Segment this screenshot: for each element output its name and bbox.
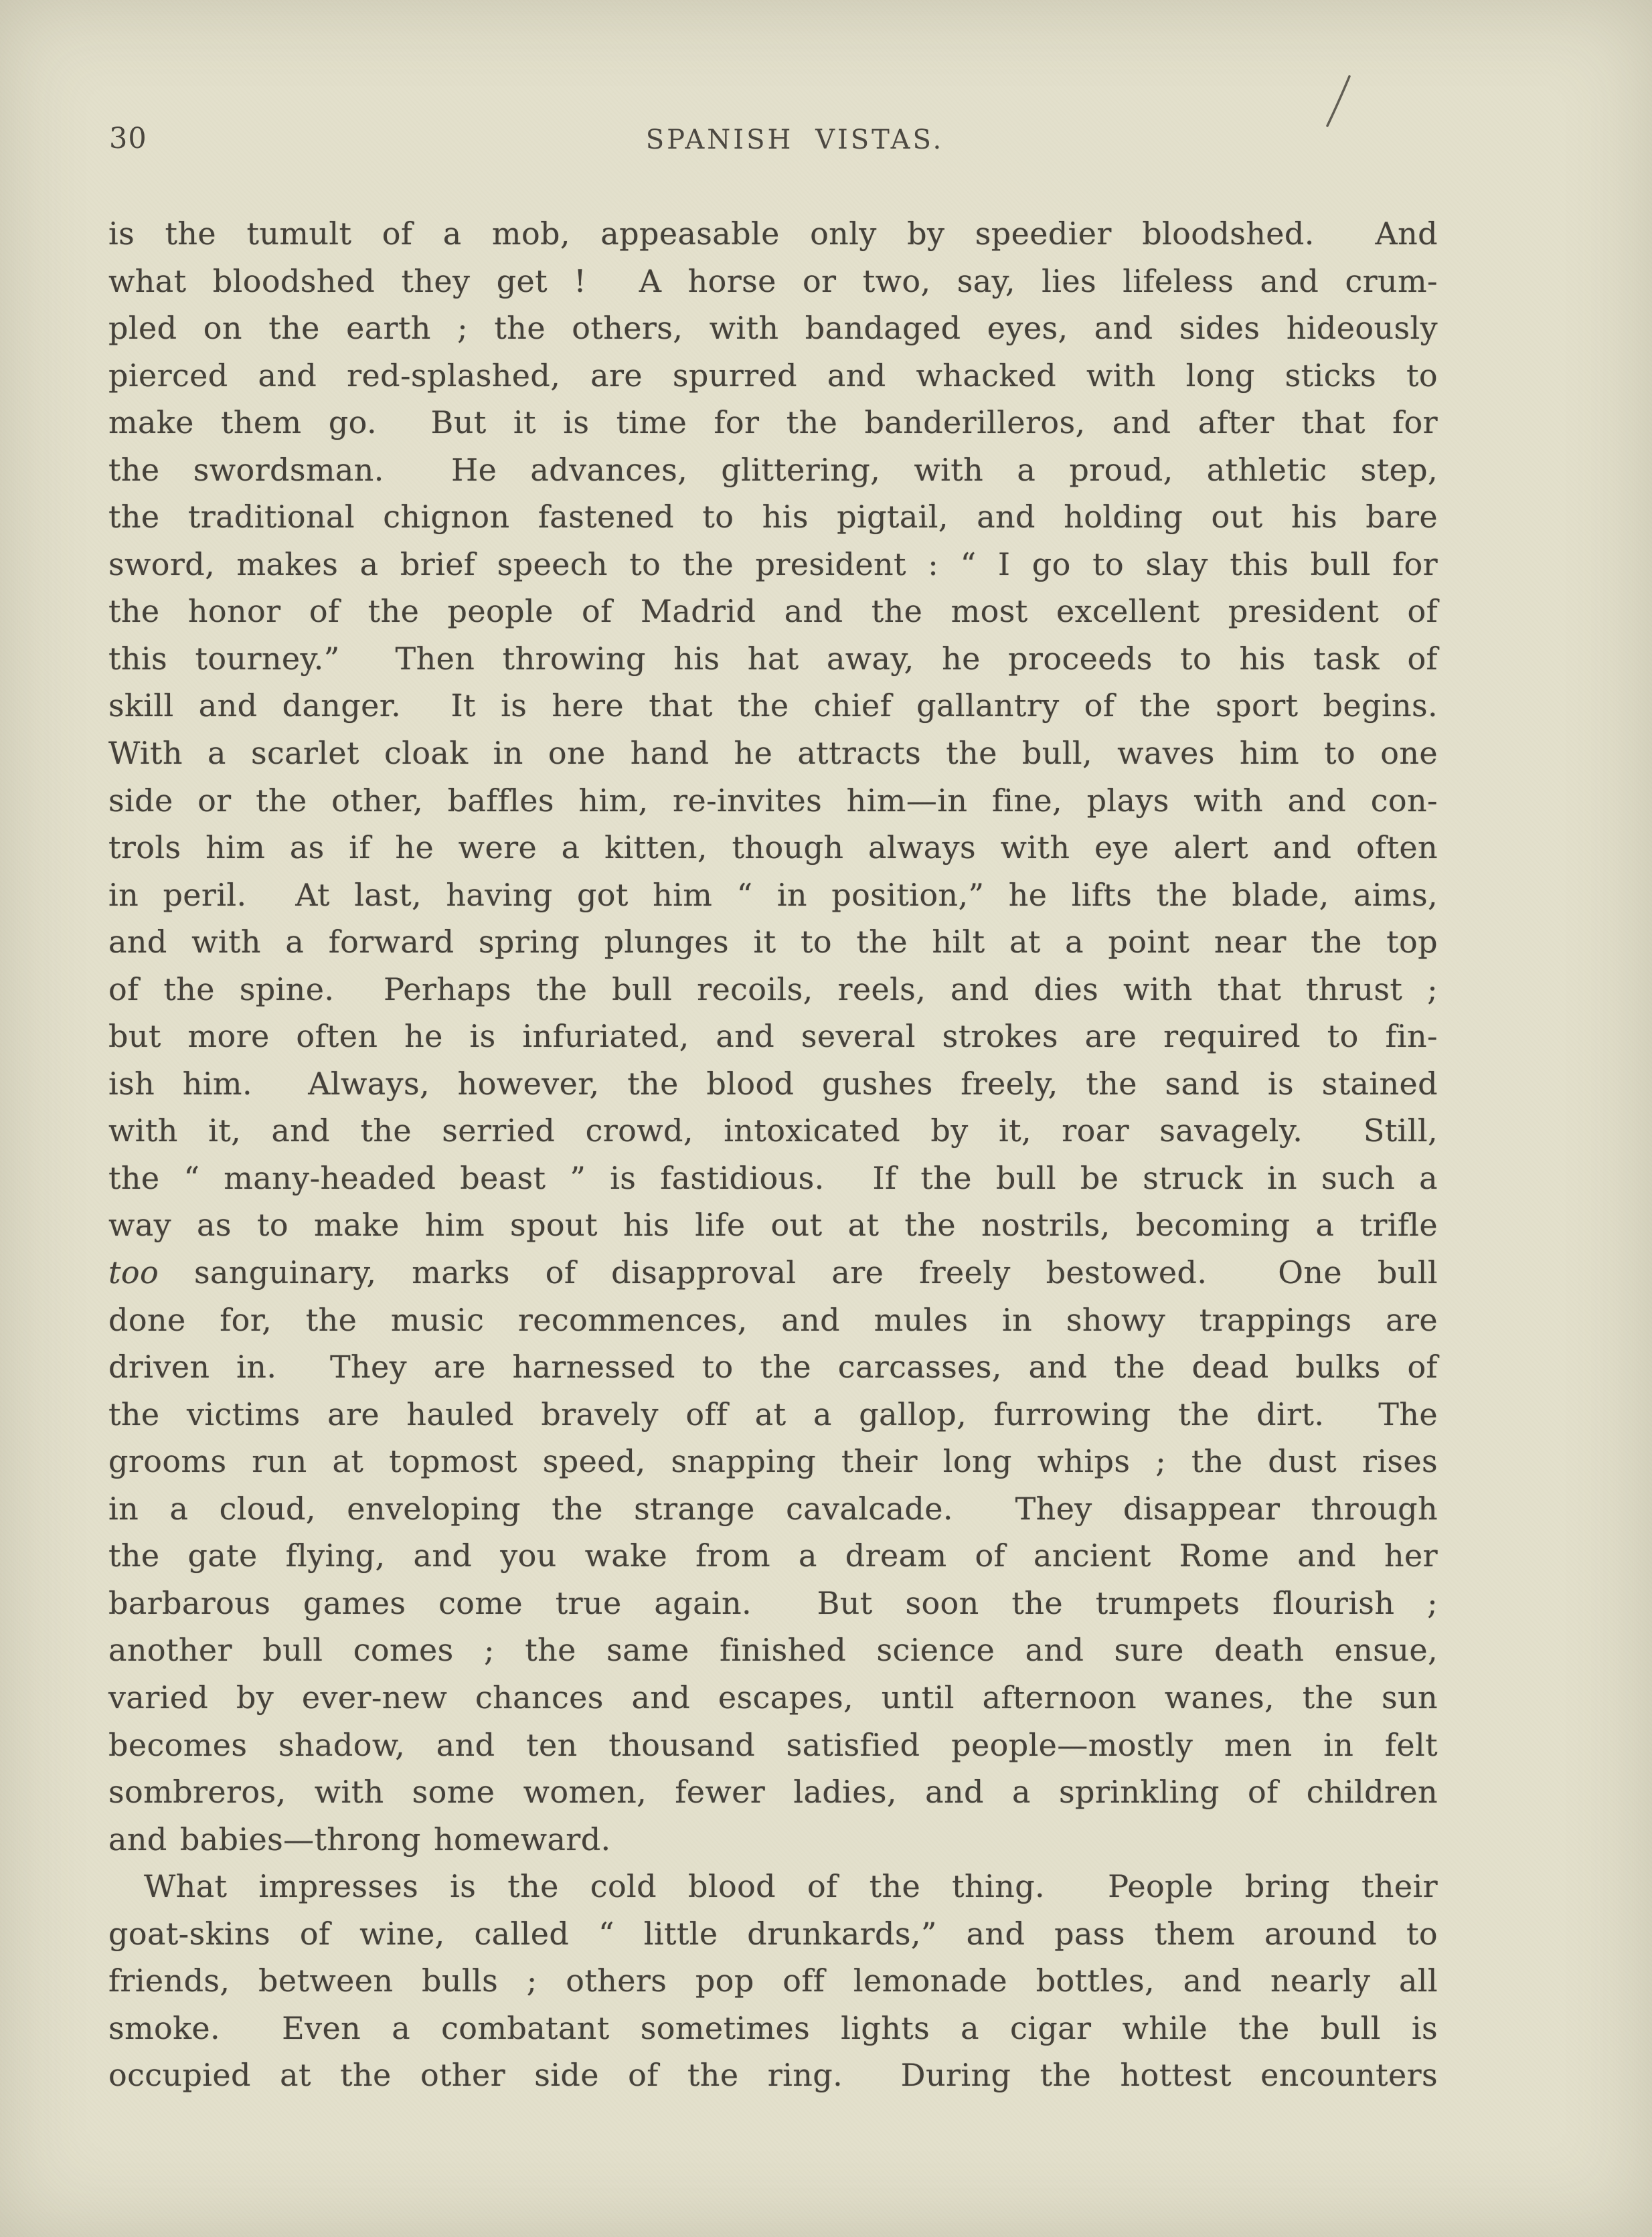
text-line: this tourney.” Then throwing his hat awa… — [108, 635, 1438, 683]
text-segment: sanguinary, marks of disapproval are fre… — [159, 1254, 1438, 1291]
text-segment: done for, the music recommences, and mul… — [108, 1302, 1438, 1338]
text-line: the gate flying, and you wake from a dre… — [108, 1532, 1438, 1580]
text-segment: friends, between bulls ; others pop off … — [108, 1963, 1438, 1999]
text-line: varied by ever-new chances and escapes, … — [108, 1674, 1438, 1722]
text-segment: the gate flying, and you wake from a dre… — [108, 1538, 1438, 1574]
text-segment: the victims are hauled bravely off at a … — [108, 1396, 1438, 1432]
text-segment: skill and danger. It is here that the ch… — [108, 687, 1438, 724]
text-segment: way as to make him spout his life out at… — [108, 1207, 1438, 1243]
text-line: make them go. But it is time for the ban… — [108, 399, 1438, 446]
text-segment: in a cloud, enveloping the strange caval… — [108, 1491, 1438, 1527]
text-segment: side or the other, baffles him, re-invit… — [108, 782, 1438, 819]
text-line: is the tumult of a mob, appeasable only … — [108, 210, 1438, 258]
text-segment: what bloodshed they get ! A horse or two… — [108, 263, 1438, 299]
text-segment: the traditional chignon fastened to his … — [108, 499, 1438, 535]
text-line: the victims are hauled bravely off at a … — [108, 1391, 1438, 1438]
text-segment: this tourney.” Then throwing his hat awa… — [108, 641, 1438, 677]
text-line: barbarous games come true again. But soo… — [108, 1580, 1438, 1627]
text-segment: smoke. Even a combatant sometimes lights… — [108, 2010, 1438, 2046]
text-line: but more often he is infuriated, and sev… — [108, 1013, 1438, 1060]
text-line: of the spine. Perhaps the bull recoils, … — [108, 966, 1438, 1013]
text-line: the “ many-headed beast ” is fastidious.… — [108, 1155, 1438, 1202]
text-line: ish him. Always, however, the blood gush… — [108, 1060, 1438, 1108]
text-line: and with a forward spring plunges it to … — [108, 918, 1438, 966]
text-segment: the swordsman. He advances, glittering, … — [108, 452, 1438, 488]
text-segment: varied by ever-new chances and escapes, … — [108, 1679, 1438, 1716]
text-segment: grooms run at topmost speed, snapping th… — [108, 1443, 1438, 1479]
text-segment: trols him as if he were a kitten, though… — [108, 829, 1438, 865]
text-line: way as to make him spout his life out at… — [108, 1202, 1438, 1249]
text-segment: barbarous games come true again. But soo… — [108, 1585, 1438, 1621]
text-segment: make them go. But it is time for the ban… — [108, 404, 1438, 440]
text-segment: in peril. At last, having got him “ in p… — [108, 877, 1438, 913]
text-segment: another bull comes ; the same finished s… — [108, 1632, 1438, 1668]
text-line: trols him as if he were a kitten, though… — [108, 824, 1438, 872]
text-line: sombreros, with some women, fewer ladies… — [108, 1768, 1438, 1816]
text-segment: goat-skins of wine, called “ little drun… — [108, 1916, 1438, 1952]
body-text: is the tumult of a mob, appeasable only … — [108, 210, 1438, 2099]
text-line: the traditional chignon fastened to his … — [108, 493, 1438, 541]
text-segment: driven in. They are harnessed to the car… — [108, 1349, 1438, 1385]
text-line: in peril. At last, having got him “ in p… — [108, 872, 1438, 919]
text-segment: and with a forward spring plunges it to … — [108, 924, 1438, 960]
text-line: done for, the music recommences, and mul… — [108, 1297, 1438, 1344]
text-line: side or the other, baffles him, re-invit… — [108, 777, 1438, 825]
text-line: What impresses is the cold blood of the … — [108, 1863, 1438, 1910]
text-line: skill and danger. It is here that the ch… — [108, 682, 1438, 730]
text-line: occupied at the other side of the ring. … — [108, 2052, 1438, 2099]
text-line: friends, between bulls ; others pop off … — [108, 1957, 1438, 2005]
text-segment: ish him. Always, however, the blood gush… — [108, 1066, 1438, 1102]
text-segment: of the spine. Perhaps the bull recoils, … — [108, 971, 1438, 1007]
text-line: another bull comes ; the same finished s… — [108, 1627, 1438, 1674]
text-line: grooms run at topmost speed, snapping th… — [108, 1438, 1438, 1485]
text-segment: What impresses is the cold blood of the … — [144, 1868, 1438, 1904]
text-segment: occupied at the other side of the ring. … — [108, 2057, 1438, 2093]
text-line: too sanguinary, marks of disapproval are… — [108, 1249, 1438, 1297]
text-line: becomes shadow, and ten thousand satisfi… — [108, 1722, 1438, 1769]
text-line: what bloodshed they get ! A horse or two… — [108, 258, 1438, 305]
text-segment: sombreros, with some women, fewer ladies… — [108, 1774, 1438, 1810]
running-title: SPANISH VISTAS. — [0, 125, 1590, 155]
book-page: 30 SPANISH VISTAS. is the tumult of a mo… — [0, 0, 1652, 2237]
text-line: in a cloud, enveloping the strange caval… — [108, 1485, 1438, 1533]
text-segment: pierced and red-splashed, are spurred an… — [108, 357, 1438, 394]
text-line: and babies—throng homeward. — [108, 1816, 1438, 1863]
text-segment: with it, and the serried crowd, intoxica… — [108, 1112, 1438, 1149]
text-segment: With a scarlet cloak in one hand he attr… — [108, 735, 1438, 771]
text-segment: sword, makes a brief speech to the presi… — [108, 546, 1438, 582]
text-line: pierced and red-splashed, are spurred an… — [108, 352, 1438, 400]
text-segment: becomes shadow, and ten thousand satisfi… — [108, 1727, 1438, 1763]
text-line: sword, makes a brief speech to the presi… — [108, 541, 1438, 588]
text-segment: but more often he is infuriated, and sev… — [108, 1018, 1438, 1054]
text-segment: pled on the earth ; the others, with ban… — [108, 310, 1438, 346]
text-line: driven in. They are harnessed to the car… — [108, 1343, 1438, 1391]
text-segment: is the tumult of a mob, appeasable only … — [108, 216, 1438, 252]
italic-text-segment: too — [108, 1254, 159, 1291]
text-segment: the “ many-headed beast ” is fastidious.… — [108, 1160, 1438, 1196]
text-segment: and babies—throng homeward. — [108, 1821, 611, 1857]
text-line: the swordsman. He advances, glittering, … — [108, 446, 1438, 494]
text-line: the honor of the people of Madrid and th… — [108, 588, 1438, 635]
text-line: goat-skins of wine, called “ little drun… — [108, 1910, 1438, 1958]
text-line: With a scarlet cloak in one hand he attr… — [108, 730, 1438, 777]
text-line: smoke. Even a combatant sometimes lights… — [108, 2005, 1438, 2052]
text-segment: the honor of the people of Madrid and th… — [108, 593, 1438, 629]
text-line: pled on the earth ; the others, with ban… — [108, 305, 1438, 352]
text-line: with it, and the serried crowd, intoxica… — [108, 1107, 1438, 1155]
